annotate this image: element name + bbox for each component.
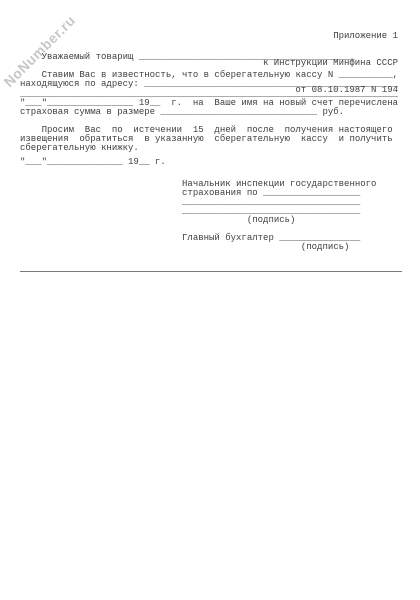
- header-line-appendix: Приложение 1: [263, 32, 398, 41]
- date-line: "___"______________ 19__ г.: [20, 158, 166, 167]
- salutation-line: Уважаемый товарищ ______________________…: [20, 53, 355, 62]
- signature-caption: (подпись): [20, 216, 295, 225]
- request-line-3: сберегательную книжку.: [20, 144, 139, 153]
- document-page: NoNumber.ru Приложение 1 к Инструкции Ми…: [0, 0, 420, 600]
- insurance-sum-line: страховая сумма в размере ______________…: [20, 108, 344, 117]
- address-line: находящуюся по адресу: _________________…: [20, 80, 398, 89]
- accountant-sign-caption: (подпись): [20, 243, 349, 252]
- bottom-divider: [20, 271, 402, 272]
